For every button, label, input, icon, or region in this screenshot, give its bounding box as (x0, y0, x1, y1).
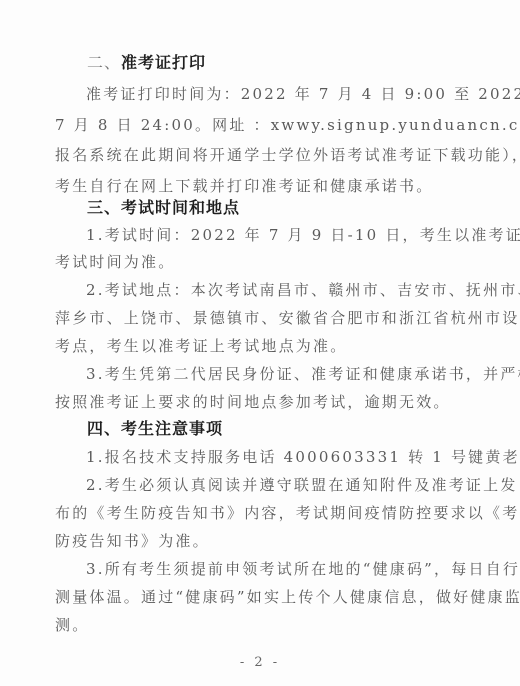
section-number: 四、 (87, 419, 121, 438)
section-number: 三、 (87, 198, 121, 217)
section-heading-time-and-place: 三、考试时间和地点 (87, 194, 240, 222)
section-heading-notes: 四、考生注意事项 (87, 415, 223, 443)
paragraph-line: 准考证打印时间为：2022 年 7 月 4 日 9:00 至 2022 年 (86, 80, 463, 108)
paragraph-line: 按照准考证上要求的时间地点参加考试，逾期无效。 (55, 388, 463, 416)
paragraph-line: 2.考试地点：本次考试南昌市、赣州市、吉安市、抚州市、 (86, 276, 463, 304)
paragraph-line: 测量体温。通过“健康码”如实上传个人健康信息，做好健康监 (55, 583, 463, 611)
paragraph-line: 7 月 8 日 24:00。网址 ：xwwy.signup.yunduancn.… (55, 111, 463, 139)
paragraph-line: 报名系统在此期间将开通学士学位外语考试准考证下载功能）， (55, 141, 463, 169)
document-page: 二、准考证打印 准考证打印时间为：2022 年 7 月 4 日 9:00 至 2… (0, 0, 520, 686)
paragraph-line: 布的《考生防疫告知书》内容，考试期间疫情防控要求以《考生 (55, 499, 463, 527)
paragraph-line: 考点，考生以准考证上考试地点为准。 (55, 332, 463, 360)
paragraph-line: 2.考生必须认真阅读并遵守联盟在通知附件及准考证上发 (86, 471, 463, 499)
section-title: 考生注意事项 (121, 419, 223, 438)
paragraph-line: 1.考试时间：2022 年 7 月 9 日-10 日，考生以准考证上 (86, 221, 463, 249)
paragraph-line: 3.所有考生须提前申领考试所在地的“健康码”，每日自行 (86, 555, 463, 583)
section-heading-admission-ticket: 二、准考证打印 (87, 49, 206, 77)
section-title: 考试时间和地点 (121, 198, 240, 217)
paragraph-line: 3.考生凭第二代居民身份证、准考证和健康承诺书，并严格 (86, 360, 463, 388)
page-number: - 2 - (0, 655, 520, 670)
paragraph-line: 1.报名技术支持服务电话 4000603331 转 1 号键黄老师 (86, 443, 463, 471)
paragraph-line: 防疫告知书》为准。 (55, 527, 463, 555)
section-title: 准考证打印 (121, 53, 206, 72)
paragraph-line: 考试时间为准。 (55, 248, 463, 276)
paragraph-line: 测。 (55, 611, 463, 639)
paragraph-line: 萍乡市、上饶市、景德镇市、安徽省合肥市和浙江省杭州市设有 (55, 304, 463, 332)
section-number: 二、 (87, 53, 121, 72)
